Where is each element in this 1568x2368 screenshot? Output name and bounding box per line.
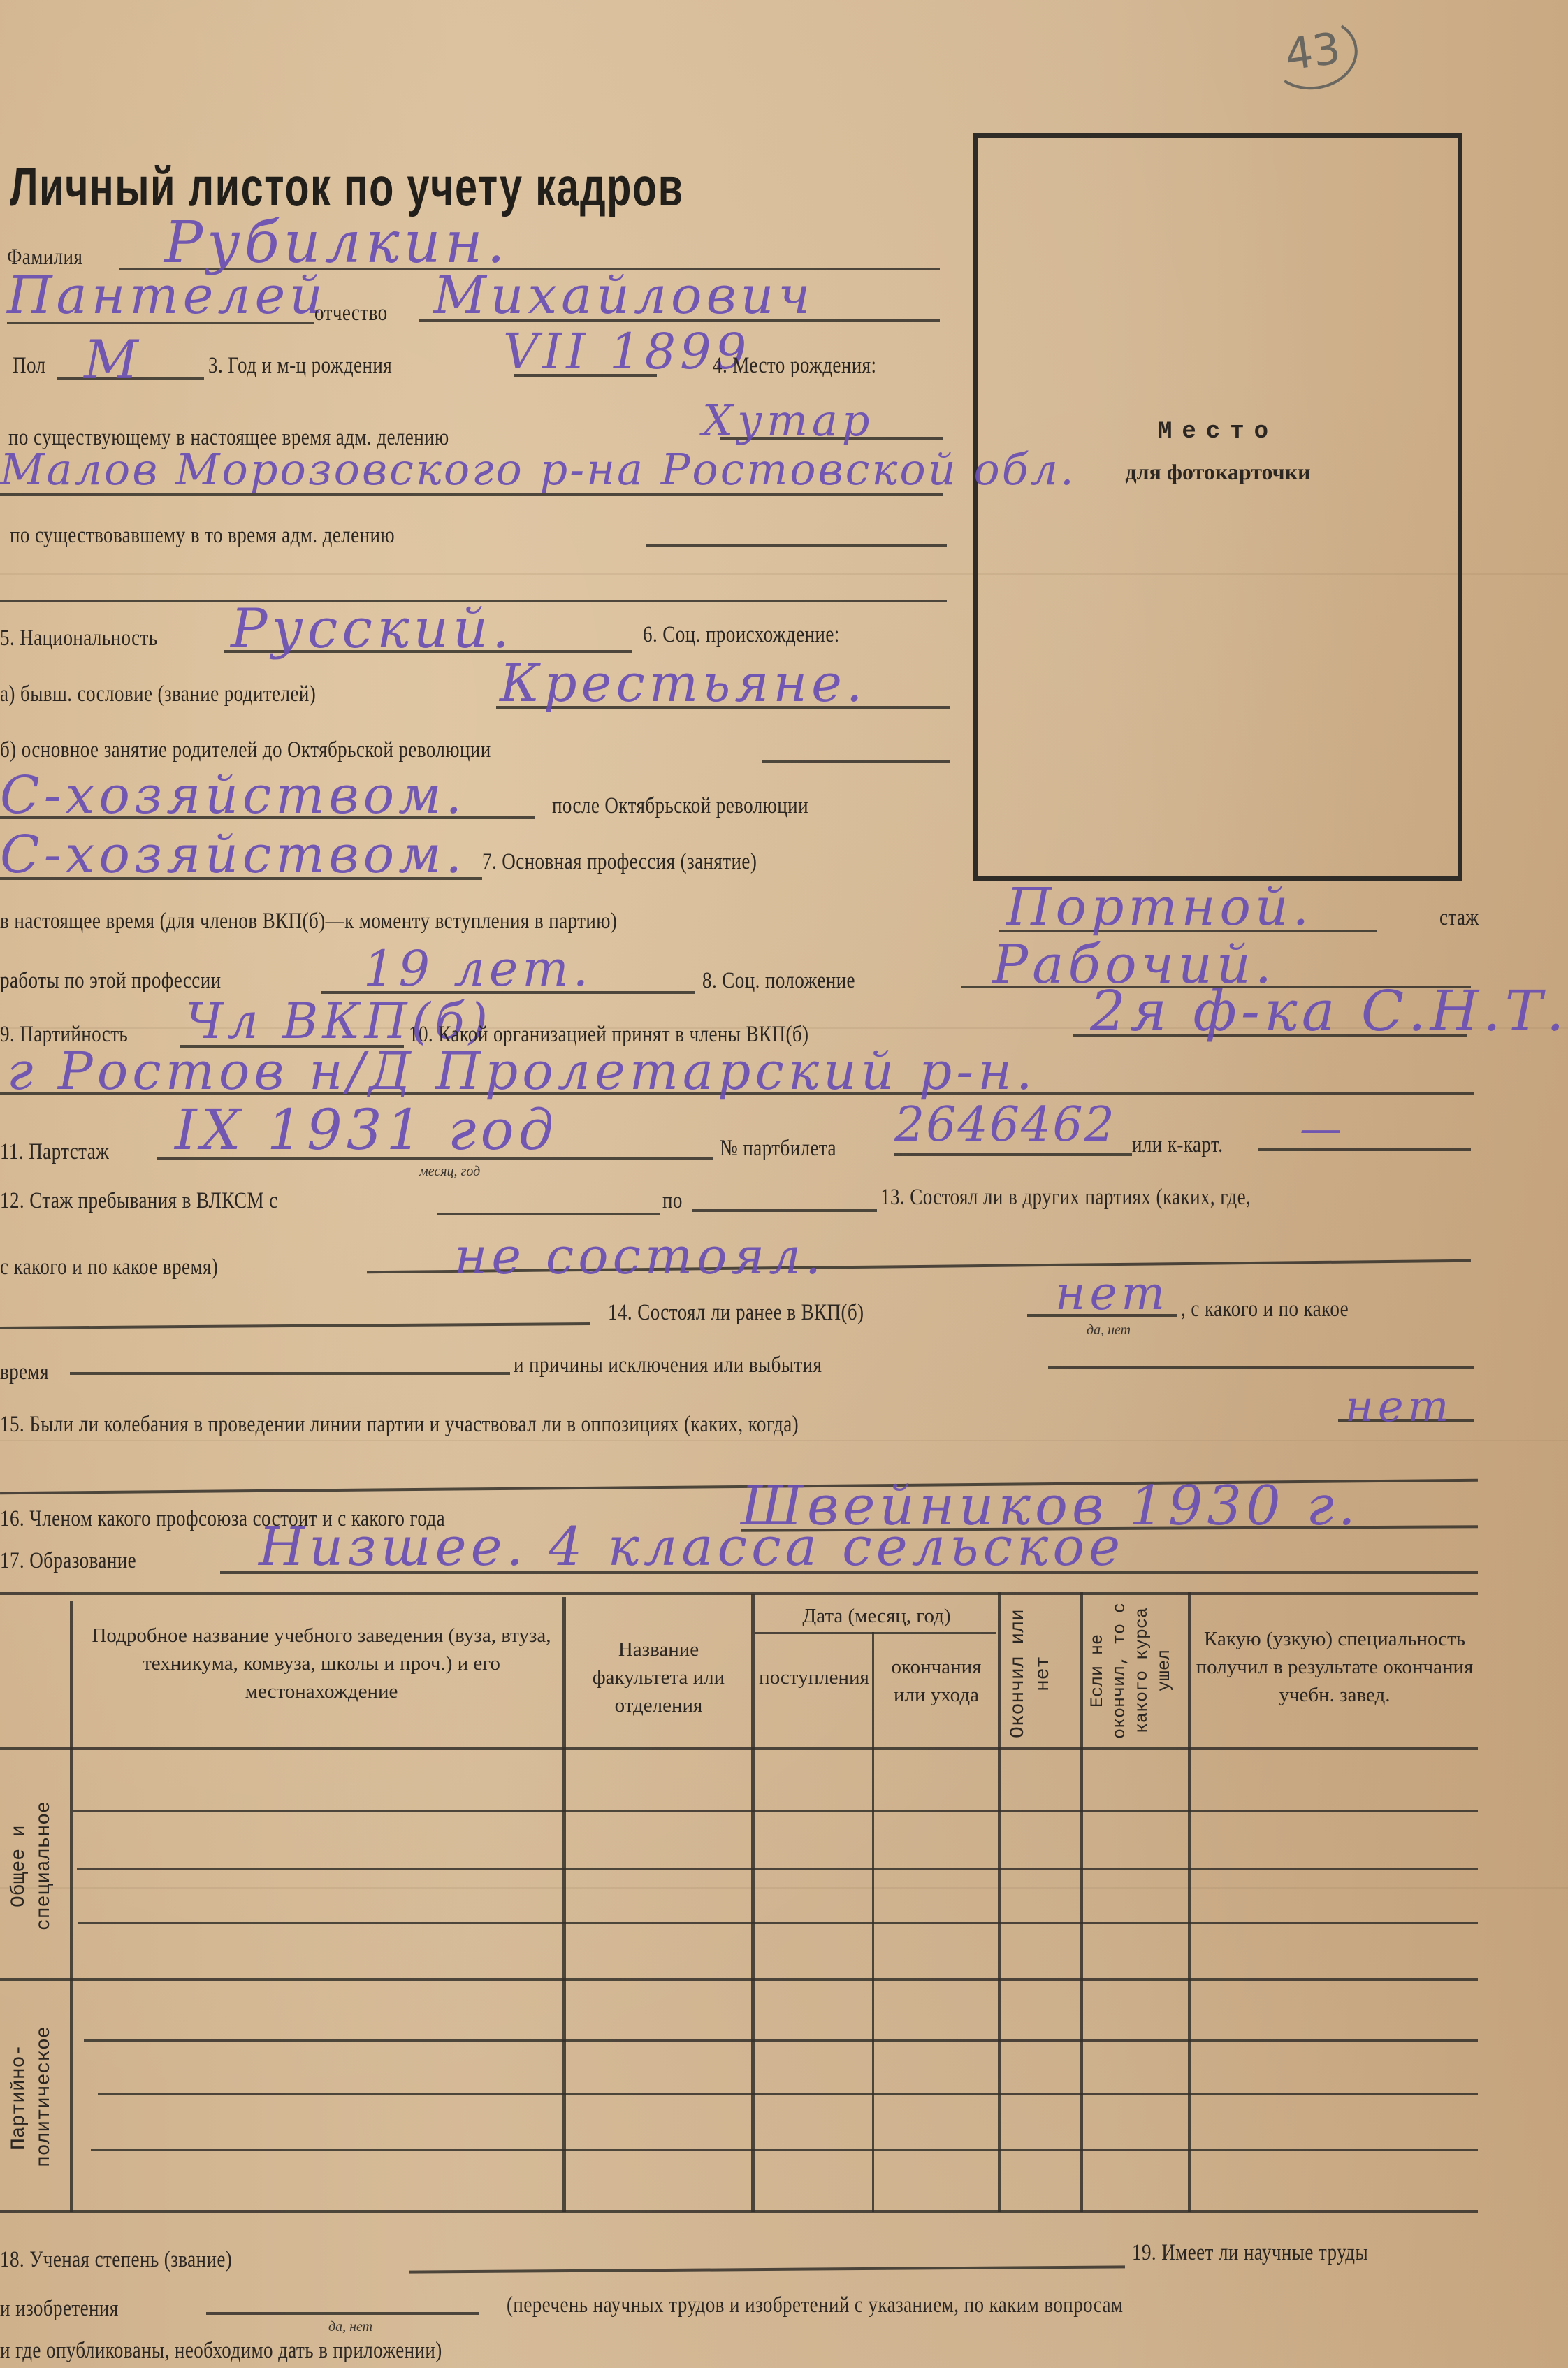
education-field[interactable]: Низшее. 4 класса сельское [259,1515,1124,1578]
col-header-admission: поступления [758,1663,870,1691]
party-tenure-label: 11. Партстаж [0,1139,109,1165]
table-bottom-border [0,2210,1478,2213]
table-header-bottom-border [0,1747,1478,1750]
name-field[interactable]: Пантелей [7,266,327,326]
section-label-general: Общее и специальное [7,1765,63,1968]
parents-before-field[interactable]: С-хозяйством. [0,765,466,825]
komsomol-from-underline [437,1213,660,1215]
former-member-label: 14. Состоял ли ранее в ВКП(б) [608,1300,864,1326]
table-col-line [998,1592,1001,2212]
profession-label: 7. Основная профессия (занятие) [482,849,757,875]
col-header-specialty: Какую (узкую) специальность получил в ре… [1195,1625,1474,1709]
parents-after-field[interactable]: С-хозяйством. [0,825,466,885]
table-col-line [1080,1592,1083,2212]
col-header-if-not: Если не окончил, то с какого курса ушел [1087,1601,1184,1740]
komsomol-to-label: по [662,1188,683,1214]
social-status-label: 8. Соц. положение [702,968,855,994]
social-origin-label: 6. Соц. происхождение: [643,622,840,648]
admitted-by-field-1[interactable]: 2я ф-ка С.Н.Т.О. [1090,979,1568,1044]
birth-label: 3. Год и м-ц рождения [208,353,392,379]
birthplace-current-field-1[interactable]: Хутар [702,395,874,446]
education-label: 17. Образование [0,1548,136,1574]
parents-after-label: после Октябрьской революции [552,793,808,819]
opposition-field[interactable]: нет [1345,1380,1453,1431]
photo-placeholder-box: Место для фотокарточки [973,133,1462,881]
nationality-label: 5. Национальность [0,626,158,651]
birthplace-former-label: по существовавшему в то время адм. делен… [10,523,395,549]
works-label-cont: и изобретения [0,2296,119,2322]
reason-label: и причины исключения или выбытия [514,1352,822,1378]
table-col-line [751,1594,755,2212]
other-parties-underline-2 [0,1322,590,1329]
table-col-line [70,1601,73,2212]
profession-label-cont: в настоящее время (для членов ВКП(б)—к м… [0,909,617,934]
patronymic-label: отчество [314,301,388,326]
other-parties-label-cont: с какого и по какое время) [0,1255,218,1280]
table-row-divider [91,2149,1478,2151]
photo-box-label-1: Место [978,419,1458,445]
party-card-underline [894,1153,1132,1156]
admitted-by-field-2[interactable]: г Ростов н/Д Пролетарский р-н. [7,1041,1037,1102]
col-header-institution: Подробное название учебного заведения (в… [84,1622,559,1705]
birthplace-label: 4. Место рождения: [713,353,876,379]
table-col-line [872,1632,874,2212]
party-card-field[interactable]: 2646462 [894,1097,1116,1153]
col-header-date: Дата (месяц, год) [756,1602,997,1630]
table-row-divider [78,1922,1478,1924]
kcard-underline [1258,1148,1471,1151]
table-section-divider [0,1978,1478,1981]
party-tenure-hint: месяц, год [419,1164,480,1180]
table-col-line [1188,1592,1191,2212]
stazh-cont-label: работы по этой профессии [0,968,221,994]
parents-before-underline [762,760,950,763]
degree-label: 18. Ученая степень (звание) [0,2247,232,2273]
table-row-divider [98,2093,1478,2095]
stazh-label: стаж [1439,905,1479,931]
col-header-graduated: Окончил или нет [1006,1608,1073,1740]
party-tenure-field[interactable]: IX 1931 год [175,1097,558,1162]
works-note: (перечень научных трудов и изобретений с… [507,2293,1123,2318]
sex-label: Пол [13,353,45,379]
former-member-period-underline [70,1372,510,1375]
date-subheader-line [755,1632,996,1634]
birthplace-former-underline [646,544,947,547]
nationality-field[interactable]: Русский. [231,598,514,660]
former-member-hint: да, нет [1087,1322,1131,1338]
works-underline [206,2312,479,2315]
reason-underline [1048,1366,1474,1369]
kcard-field[interactable]: — [1300,1104,1346,1153]
opposition-label: 15. Были ли колебания в проведении линии… [0,1412,799,1438]
other-parties-field[interactable]: не состоял. [454,1227,825,1285]
komsomol-to-underline [692,1209,877,1212]
komsomol-label: 12. Стаж пребывания в ВЛКСМ с [0,1188,278,1214]
works-note-cont: и где опубликованы, необходимо дать в пр… [0,2338,442,2364]
birthplace-current-field-2[interactable]: Малов Морозовского р-на Ростовской обл. [0,444,1076,495]
table-top-border [0,1592,1478,1595]
former-member-label-cont: , с какого и по какое [1181,1297,1349,1322]
table-row-divider [77,1868,1478,1870]
kcard-label: или к-карт. [1132,1132,1223,1158]
degree-underline [409,2265,1125,2273]
page-number: 43 [1263,12,1362,96]
stazh-field[interactable]: 19 лет. [363,940,593,997]
former-member-field[interactable]: нет [1055,1266,1169,1320]
former-member-label-cont2: время [0,1359,49,1385]
section-label-party-political: Партийно-политическое [7,1992,63,2202]
works-hint: да, нет [328,2319,372,2335]
table-col-line [562,1597,566,2212]
col-header-faculty: Название факультета или отделения [569,1636,748,1719]
profession-field[interactable]: Портной. [1006,877,1313,937]
other-parties-label: 13. Состоял ли в других партиях (каких, … [880,1185,1251,1211]
sex-field[interactable]: М [84,329,143,391]
estate-label: а) бывш. сословие (звание родителей) [0,681,316,707]
table-row-divider [84,2039,1478,2042]
col-header-graduation: окончания или ухода [877,1653,996,1709]
parents-before-label: б) основное занятие родителей до Октябрь… [0,737,491,763]
patronymic-field[interactable]: Михайлович [433,266,814,326]
table-row-divider [73,1810,1478,1812]
party-card-label: № партбилета [720,1136,836,1162]
estate-field[interactable]: Крестьяне. [500,654,866,714]
works-label: 19. Имеет ли научные труды [1132,2240,1368,2266]
